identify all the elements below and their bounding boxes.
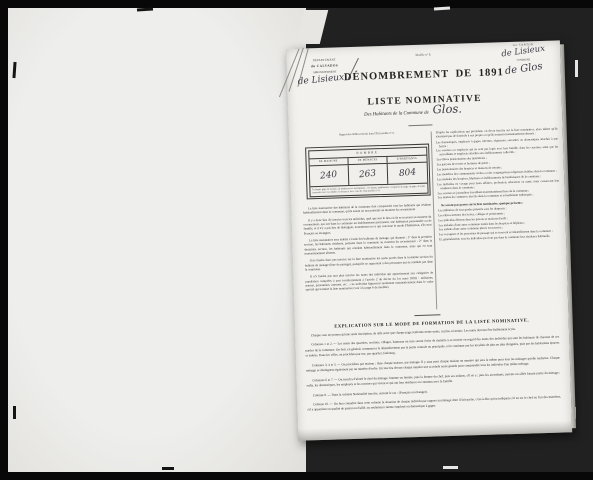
value-cell-menages: 263	[347, 163, 387, 184]
film-border-left	[0, 0, 8, 474]
handwritten-count-habitants: 804	[398, 167, 416, 179]
census-document-page: DÉPARTEMENT du CALVADOS ARRONDISSEMENT d…	[286, 40, 572, 440]
explication-paragraph: Colonne 10. — On fera connaître dans cet…	[307, 394, 561, 413]
handwritten-count-maisons: 240	[320, 169, 338, 181]
film-border-top	[0, 0, 593, 8]
recap-table: NOMBRE DE MAISONS DE MÉNAGES D'HABITANTS…	[305, 144, 431, 200]
recap-table-caption: Rappel des chiffres inscrits dans l'État…	[303, 130, 431, 137]
value-cell-maisons: 240	[309, 165, 348, 186]
subtitle-text: Des Habitants de la Commune de	[364, 111, 429, 118]
subtitle-commune-handwritten: Glos.	[432, 102, 462, 117]
blank-facing-page	[8, 8, 306, 472]
recap-table-outer-border: NOMBRE DE MAISONS DE MÉNAGES D'HABITANTS…	[305, 144, 431, 200]
scanned-census-document: { "page": { "header": { "dept_label": "D…	[0, 0, 593, 480]
page-edge-shadow	[560, 44, 576, 428]
column-header-habitants: D'HABITANTS	[387, 155, 426, 162]
header-canton-block: 1er CANTON de Lisieux COMMUNE de Glos	[491, 43, 556, 76]
column-header-menages: DE MÉNAGES	[347, 156, 386, 163]
recap-table-inner: NOMBRE DE MAISONS DE MÉNAGES D'HABITANTS…	[308, 146, 428, 197]
recap-table-values-row: 240 263 804	[309, 162, 427, 186]
film-border-bottom	[0, 472, 593, 480]
instructions-left-column: La liste nominative des habitants de la …	[303, 203, 434, 296]
divider-flourish	[408, 124, 432, 126]
department-value: du CALVADOS	[296, 62, 352, 68]
instructions-right-column: D'après les explications qui précèdent, …	[436, 128, 561, 244]
registration-mark-left-lower	[13, 406, 16, 419]
handwritten-count-menages: 263	[359, 168, 377, 180]
column-header-maisons: DE MAISONS	[309, 158, 347, 165]
registration-mark-bottom-left	[162, 467, 174, 470]
instruction-paragraph: Il y a donc lieu d'y inscrire tous les i…	[303, 214, 431, 235]
value-cell-habitants: 804	[387, 162, 427, 183]
instruction-paragraph: Il ne faudra donc pas inscrire sur la li…	[305, 255, 433, 272]
page-bottom-crumple-shade	[298, 420, 572, 441]
section-divider-rule	[414, 314, 440, 316]
explication-section: EXPLICATION SUR LE MODE DE FORMATION DE …	[305, 317, 562, 418]
registration-mark-bottom-right	[443, 466, 458, 469]
registration-mark-right-upper	[575, 60, 578, 77]
registration-mark-top-right	[434, 6, 450, 10]
instruction-paragraph: Il n'y faudra pas non plus inscrire les …	[305, 271, 433, 292]
instruction-paragraph: La liste nominative sera établie à l'aid…	[304, 234, 432, 255]
instruction-paragraph: La liste nominative des habitants de la …	[303, 203, 431, 216]
